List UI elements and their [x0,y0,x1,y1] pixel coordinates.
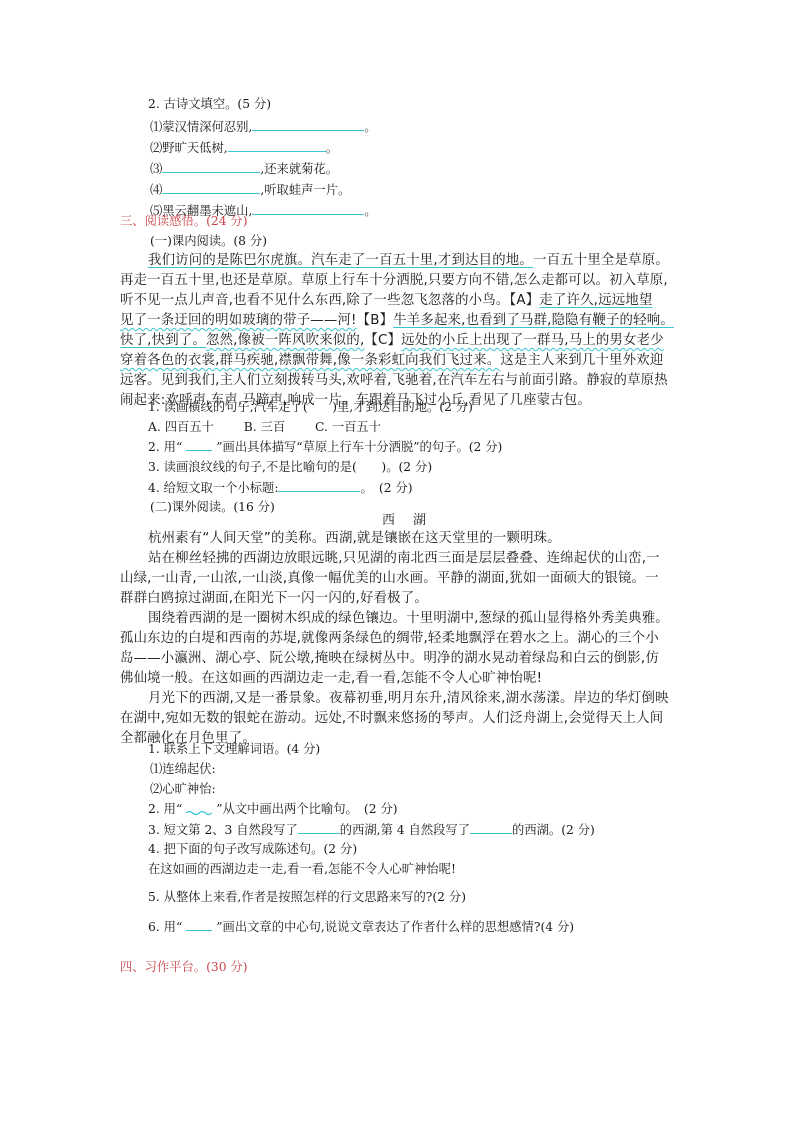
wavy-underlined-sentence: 穿着各色的衣裳,群马疾驰,襟飘带舞,像一条彩虹向我们飞过来。 [120,353,500,368]
poetry-item-end: 。 [364,204,376,218]
reading1-question-1: 1. 读画横线的句子,汽车走了( )里,才到达目的地。(2 分) [148,398,473,416]
question-text: 的西湖,第 4 自然段写了 [340,823,470,837]
answer-blank[interactable] [278,478,360,492]
reading1-question-2: 2. 用“”画出具体描写“草原上行车十分洒脱”的句子。(2 分) [148,438,502,456]
passage-text: 这是主人来到几十里外欢迎 [500,353,663,368]
marker-c: 【C】 [364,333,401,348]
question-text: 3. 短文第 2、3 自然段写了 [148,823,298,837]
passage1-line-1: 我们访问的是陈巴尔虎旗。汽车走了一百五十里,才到达目的地。一百五十里全是草原。 [148,252,669,270]
option-a[interactable]: A. 四百五十 [148,420,214,434]
poetry-item-text: ⑶ [150,162,162,176]
question-text: ⑴连绵起伏: [150,762,216,776]
reading2-question-2: 2. 用“”从文中画出两个比喻句。 (2 分) [148,800,398,818]
poetry-item-4: ⑷,听取蛙声一片。 [150,180,350,199]
question-text: 。 (2 分) [360,481,412,495]
passage1-line-5: 快了,快到了。忽然,像被一阵风吹来似的,【C】远处的小丘上出现了一群马,马上的男… [120,332,664,350]
passage2-title: 西湖 [382,512,444,530]
passage2-p4-line1: 月光下的西湖,又是一番景象。夜幕初垂,明月东升,清风徐来,湖水荡漾。岸边的华灯倒… [148,690,669,708]
reading2-question-3: 3. 短文第 2、3 自然段写了的西湖,第 4 自然段写了的西湖。(2 分) [148,820,595,839]
reading2-question-1: 1. 联系上下文理解词语。(4 分) [148,740,320,758]
poetry-item-1: ⑴蒙汉情深何忍别,。 [150,117,377,136]
reading1-question-3: 3. 读画浪纹线的句子,不是比喻句的是( )。(2 分) [148,458,432,476]
poetry-item-end: 。 [364,120,376,134]
passage2-p3-line4: 佛仙境一般。在这如画的西湖边走一走,看一看,怎能不令人心旷神怡呢! [120,670,542,688]
poetry-item-end: ,还来就菊花。 [260,162,338,176]
passage-text: 一百五十里全是草原。 [533,253,669,268]
question-text: ”从文中画出两个比喻句。 (2 分) [216,802,397,816]
section-heading-reading: 三、阅读感悟。(24 分) [120,212,248,230]
poetry-item-text: ⑵野旷天低树, [150,141,228,155]
option-b[interactable]: B. 三百 [244,420,285,434]
question-text: ”画出文章的中心句,说说文章表达了作者什么样的思想感情?(4 分) [216,920,574,934]
answer-blank[interactable] [228,138,326,152]
reading2-question-6: 6. 用“”画出文章的中心句,说说文章表达了作者什么样的思想感情?(4 分) [148,918,574,936]
passage2-p3-line2: 孤山东边的白堤和西南的苏堤,就像两条绿色的绸带,轻柔地飘浮在碧水之上。湖心的三个… [120,630,659,648]
passage1-line-3: 听不见一点儿声音,也看不见什么东西,除了一些忽飞忽落的小鸟。【A】走了许久,远远… [120,292,652,310]
reading1-question-1-options: A. 四百五十 B. 三百 C. 一百五十 [148,418,381,436]
question-text: 的西湖。(2 分) [512,823,595,837]
passage2-p2-line1: 站在柳丝轻拂的西湖边放眼远眺,只见湖的南北西三面是层层叠叠、连绵起伏的山峦,一 [148,550,660,568]
reading2-question-1a: ⑴连绵起伏: [150,760,216,778]
question-poetry-fill-title: 2. 古诗文填空。(5 分) [148,95,271,113]
passage-text: 听不见一点儿声音,也看不见什么东西,除了一些忽飞忽落的小鸟。【A】 [120,293,539,308]
reading2-question-1b: ⑵心旷神怡: [150,780,216,798]
question-text: 4. 给短文取一个小标题: [148,481,278,495]
answer-blank[interactable] [162,159,260,173]
passage2-p3-line3: 岛——小瀛洲、湖心亭、阮公墩,掩映在绿树丛中。明净的湖水晃动着绿岛和白云的倒影,… [120,650,659,668]
reading2-question-5: 5. 从整体上来看,作者是按照怎样的行文思路来写的?(2 分) [148,888,466,906]
underlined-sentence: 牛羊多起来,也看到了马群,隐隐有鞭子的轻响。 [393,313,674,328]
passage1-line-4: 见了一条迂回的明如玻璃的带子——河!【B】牛羊多起来,也看到了马群,隐隐有鞭子的… [120,312,674,330]
wavy-underline-mark-icon [186,801,212,813]
answer-blank[interactable] [298,820,340,834]
marker-b: 【B】 [357,313,394,328]
underlined-sentence: 走了许久,远远地望 [539,293,652,308]
straight-underline-mark-icon [186,918,212,931]
question-text: ⑵心旷神怡: [150,782,216,796]
passage1-line-6: 穿着各色的衣裳,群马疾驰,襟飘带舞,像一条彩虹向我们飞过来。这是主人来到几十里外… [120,352,663,370]
underlined-sentence: 快了,快到了。 [120,333,206,348]
wavy-underlined-sentence: 见了一条迂回的明如玻璃的带子——河! [120,313,357,328]
answer-blank[interactable] [252,201,364,215]
underlined-sentence: 我们访问的是陈巴尔虎旗。汽车走了一百五十里,才到达目的地。 [148,253,533,268]
option-c[interactable]: C. 一百五十 [315,420,381,434]
passage2-p2-line3: 群群白鸥掠过湖面,在阳光下一闪一闪的,好看极了。 [120,590,428,608]
passage2-p3-line1: 围绕着西湖的是一圈树木织成的绿色镶边。十里明湖中,葱绿的孤山显得格外秀美典雅。 [148,610,669,628]
section-heading-writing: 四、习作平台。(30 分) [120,958,248,976]
question-text: 6. 用“ [148,920,182,934]
passage2-p1: 杭州素有“人间天堂”的美称。西湖,就是镶嵌在这天堂里的一颗明珠。 [148,530,561,548]
subsection-extra-reading: (二)课外阅读。(16 分) [150,498,275,516]
poetry-item-text: ⑷ [150,183,162,197]
wavy-underlined-sentence: 远处的小丘上出现了一群马,马上的男女老少 [401,333,664,348]
poetry-item-2: ⑵野旷天低树,。 [150,138,338,157]
wavy-underlined-sentence: 忽然,像被一阵风吹来似的, [206,333,364,348]
passage2-p2-line2: 山绿,一山青,一山浓,一山淡,真像一幅优美的山水画。平静的湖面,犹如一面硕大的银… [120,570,659,588]
answer-blank[interactable] [162,180,260,194]
question-text: 2. 用“ [148,440,182,454]
reading2-question-4-sentence: 在这如画的西湖边走一走,看一看,怎能不令人心旷神怡呢! [148,860,456,878]
poetry-item-3: ⑶,还来就菊花。 [150,159,338,178]
poetry-item-end: ,听取蛙声一片。 [260,183,350,197]
passage1-line-7: 远客。见到我们,主人们立刻拨转马头,欢呼着,飞驰着,在汽车左右与前面引路。静寂的… [120,372,668,390]
subsection-in-class-reading: (一)课内阅读。(8 分) [150,232,267,250]
exam-page: 2. 古诗文填空。(5 分) ⑴蒙汉情深何忍别,。 ⑵野旷天低树,。 ⑶,还来就… [0,0,793,1122]
passage2-p4-line2: 在湖中,宛如无数的银蛇在游动。远处,不时飘来悠扬的琴声。人们泛舟湖上,会觉得天上… [120,710,663,728]
answer-blank[interactable] [252,117,364,131]
question-text: ”画出具体描写“草原上行车十分洒脱”的句子。(2 分) [216,440,502,454]
answer-blank[interactable] [470,820,512,834]
question-text: 2. 用“ [148,802,182,816]
passage1-line-2: 再走一百五十里,也还是草原。草原上行车十分洒脱,只要方向不错,怎么走都可以。初入… [120,272,668,290]
reading1-question-4: 4. 给短文取一个小标题:。 (2 分) [148,478,413,497]
poetry-item-text: ⑴蒙汉情深何忍别, [150,120,252,134]
poetry-item-end: 。 [326,141,338,155]
straight-underline-mark-icon [186,438,212,451]
reading2-question-4: 4. 把下面的句子改写成陈述句。(2 分) [148,840,357,858]
